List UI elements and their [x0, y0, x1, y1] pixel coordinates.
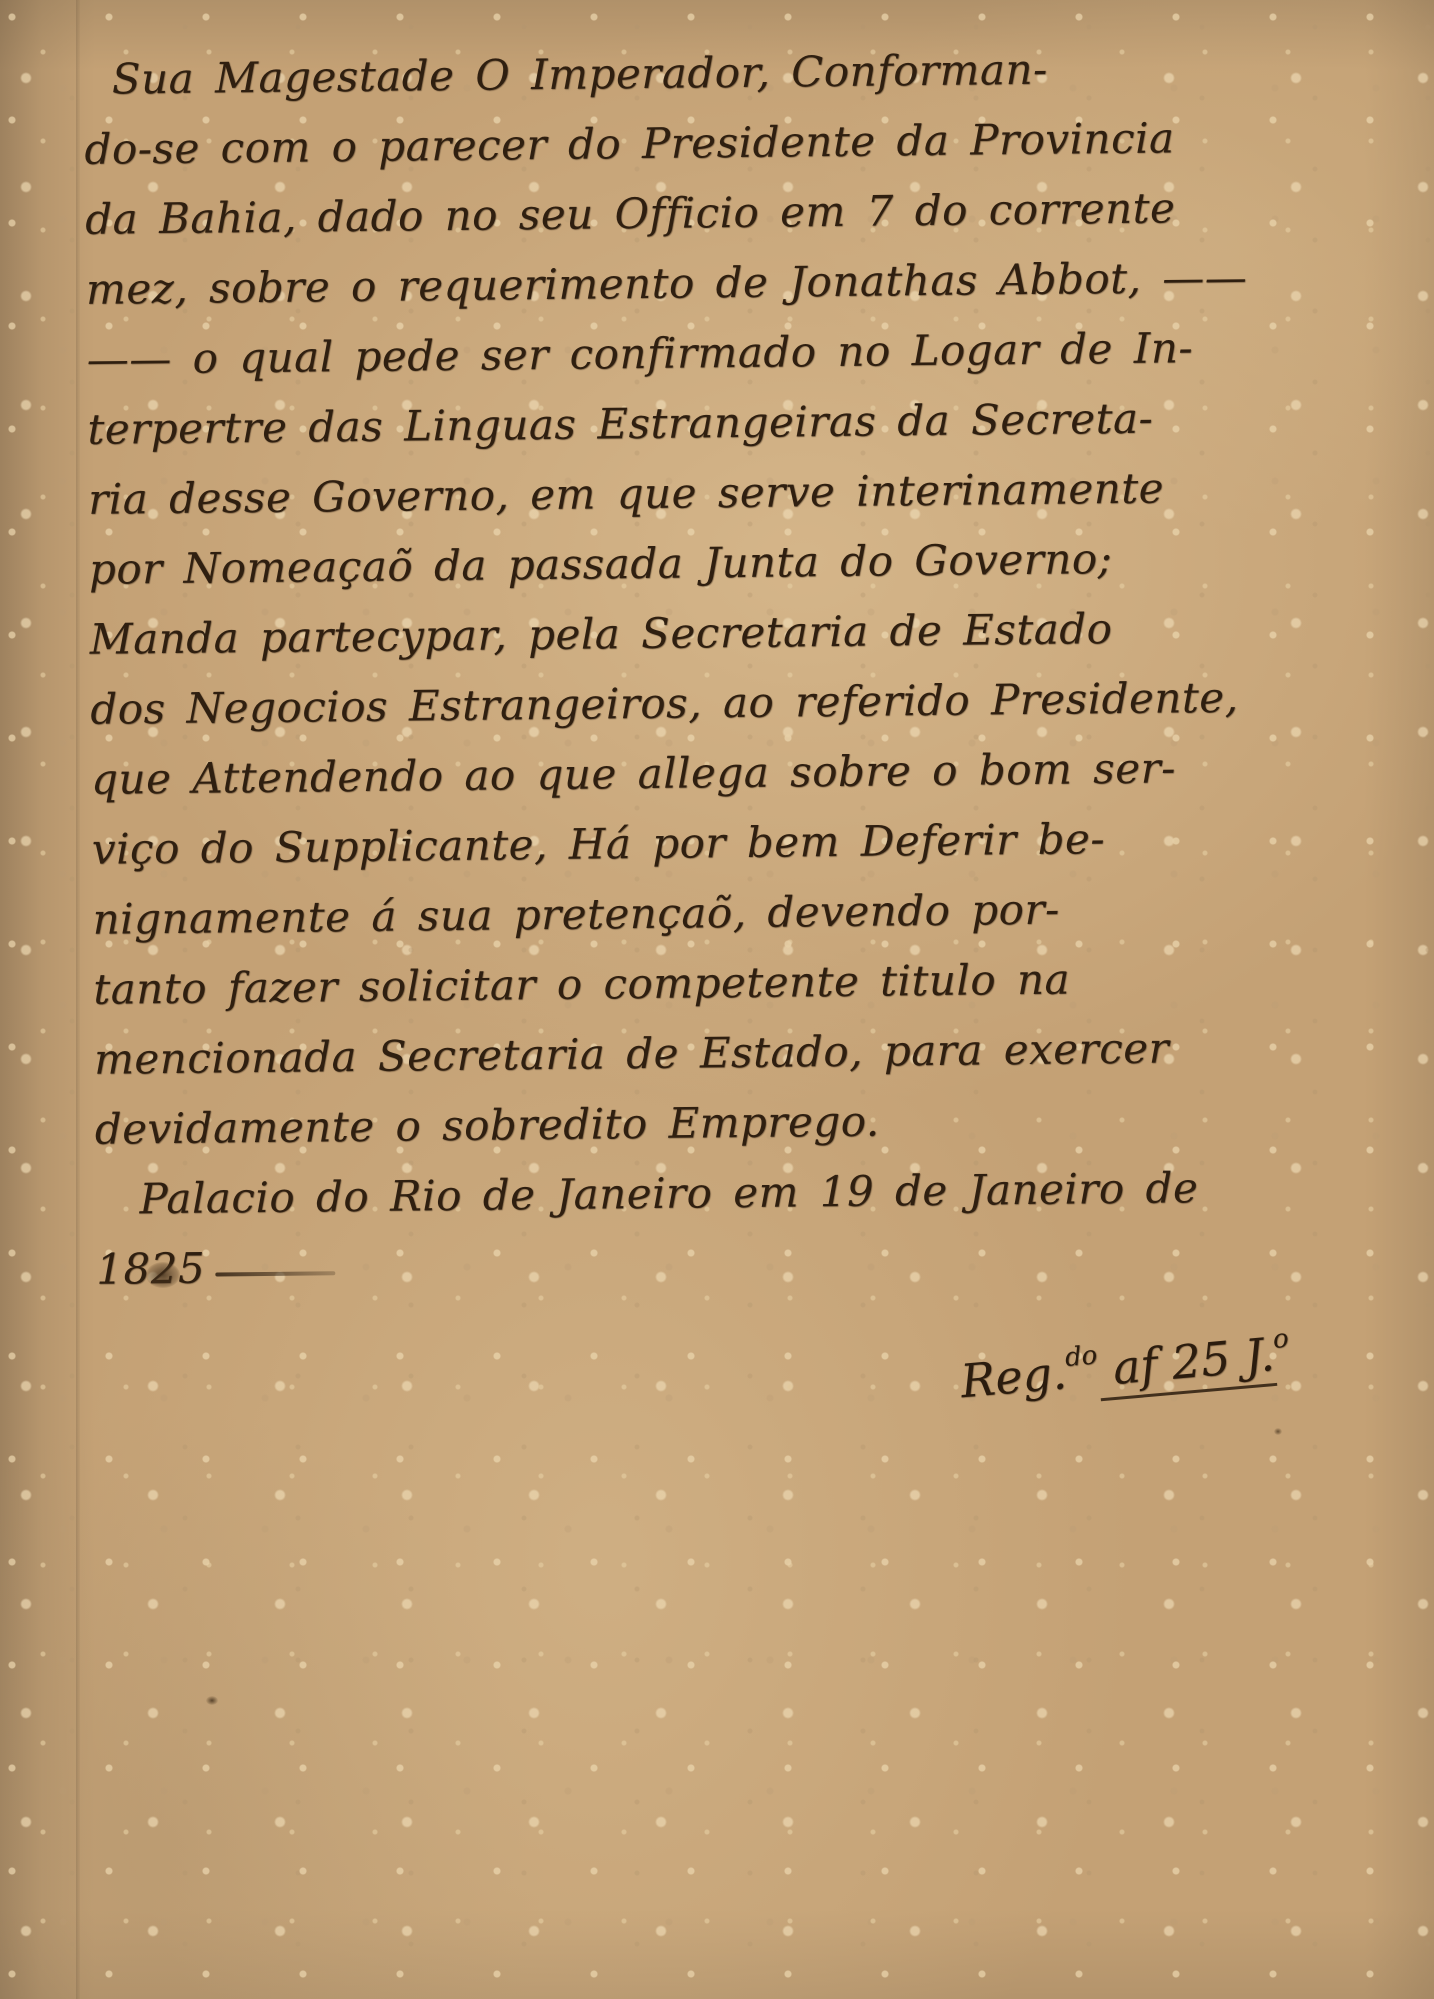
- registry-note: Reg.do af 25 J.o: [958, 1324, 1292, 1409]
- year: 1825: [96, 1234, 206, 1305]
- manuscript-line: dos Negocios Estrangeiros, ao referido P…: [90, 661, 1391, 745]
- page-crease: [76, 0, 80, 1999]
- registry-prefix: Reg.: [958, 1345, 1068, 1408]
- year-row: 1825: [96, 1221, 1397, 1305]
- manuscript-line: —— o qual pede ser confirmado no Logar d…: [86, 311, 1387, 395]
- registry-superscript: o: [1272, 1324, 1290, 1355]
- ink-blot: [1274, 1428, 1282, 1435]
- ink-blot: [206, 1696, 218, 1705]
- manuscript-text-block: Sua Magestade O Imperador, Conforman- do…: [83, 31, 1396, 1305]
- pen-flourish: [215, 1271, 335, 1276]
- registry-superscript: do: [1064, 1340, 1099, 1373]
- manuscript-page: Sua Magestade O Imperador, Conforman- do…: [0, 0, 1434, 1999]
- registry-middle: af 25 J.: [1096, 1327, 1277, 1401]
